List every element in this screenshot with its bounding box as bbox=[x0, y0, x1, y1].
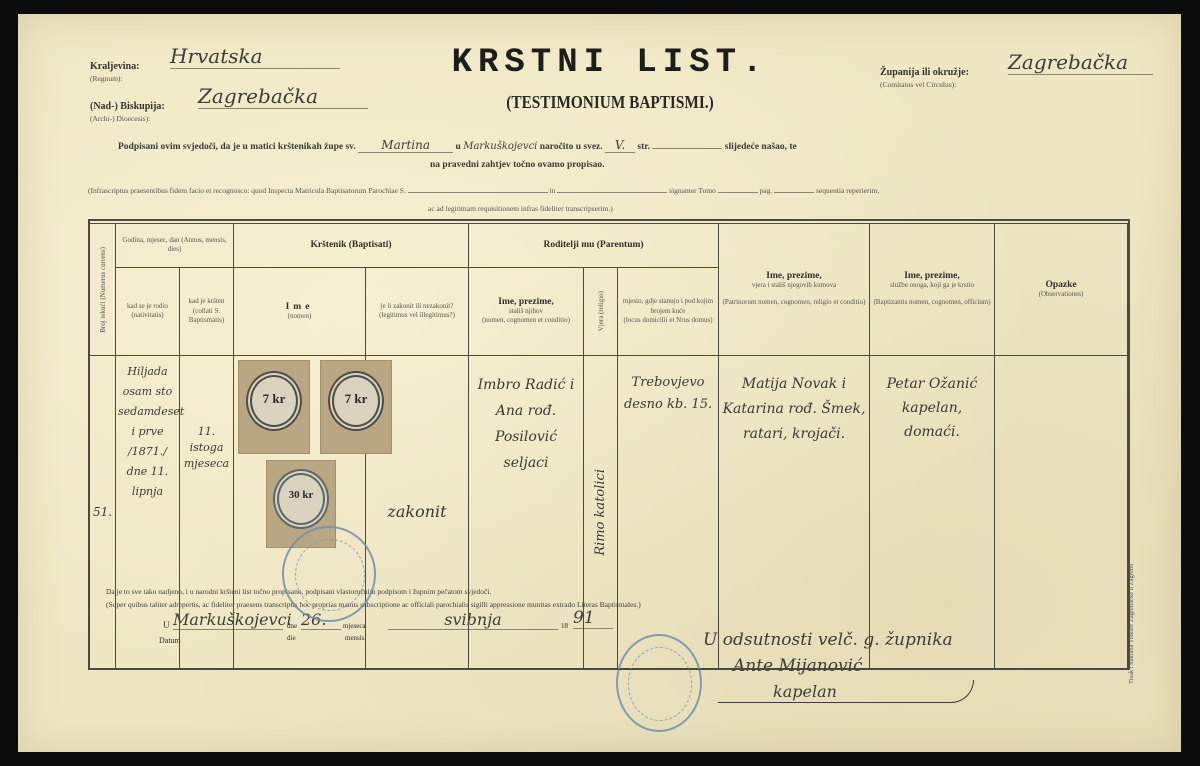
kingdom-value: Hrvatska bbox=[170, 44, 340, 69]
header-parents-group: Roditelji mu (Parentum) bbox=[469, 224, 719, 268]
page-blank bbox=[652, 148, 722, 149]
header-name: Ime (nomen) bbox=[234, 267, 366, 355]
cell-priest: Petar Ožanić kapelan, domaći. bbox=[870, 355, 995, 669]
header-name-sub: (nomen) bbox=[236, 312, 363, 321]
header-remarks-latin: (Observationes) bbox=[997, 290, 1125, 299]
cell-remarks bbox=[995, 355, 1128, 669]
revenue-stamp-7kr-1: 7 kr bbox=[238, 360, 310, 454]
document-subtitle: (TESTIMONIUM BAPTISMI.) bbox=[466, 92, 755, 113]
intro-text: u bbox=[456, 142, 461, 152]
header-legit-sub: (legitimus vel illegitimus?) bbox=[368, 311, 466, 320]
header-name-title: Ime bbox=[236, 302, 363, 312]
header-parents-latin: (nomen, cognomen et conditio) bbox=[471, 316, 581, 325]
signature-flourish bbox=[718, 680, 974, 703]
latin-text: in bbox=[550, 186, 556, 195]
header-godparents-latin: (Patrinorum nomen, cognomen, religio et … bbox=[721, 298, 867, 307]
diocese-label: (Nad-) Biskupija: bbox=[90, 101, 165, 112]
county-label: Županija ili okružje: bbox=[880, 67, 969, 78]
cell-godparents: Matija Novak i Katarina rođ. Šmek, ratar… bbox=[719, 355, 870, 669]
header-godparents-title: Ime, prezime, bbox=[721, 271, 867, 281]
latin-text: pag. bbox=[760, 186, 773, 195]
diocese-sublabel: (Archi-) Dioecesis): bbox=[90, 114, 390, 123]
blank bbox=[718, 192, 758, 193]
parish-value: Martina bbox=[358, 138, 453, 153]
header-religion-text: Vjera (religio) bbox=[597, 291, 605, 331]
header-priest-title: Ime, prezime, bbox=[872, 271, 992, 281]
cell-religion: Rimo katolici bbox=[584, 355, 618, 669]
revenue-stamp-7kr-2: 7 kr bbox=[320, 360, 392, 454]
cell-number: 51. bbox=[90, 355, 116, 669]
intro-text: naročito u svez. bbox=[540, 142, 603, 152]
header-godparents: Ime, prezime, vjera i stališ njegovih ku… bbox=[719, 224, 870, 356]
stamp-value: 7 kr bbox=[239, 391, 309, 407]
intro-line-2: na pravedni zahtjev točno ovamo propisao… bbox=[430, 160, 605, 170]
latin-line-2: ac ad legitimam requisitionem infras fid… bbox=[428, 204, 613, 213]
parish-seal-table bbox=[282, 526, 376, 622]
intro-text: str. bbox=[637, 142, 650, 152]
header-residence: mjesto, gdje stanuju i pod kojim brojem … bbox=[618, 267, 719, 355]
kingdom-sublabel: (Regnum): bbox=[90, 74, 360, 83]
header-number: Broj tekući (Numerus currens) bbox=[90, 224, 116, 356]
cell-baptised: 11. istoga mjeseca bbox=[180, 355, 234, 669]
cell-born: Hiljada osam sto sedamdeset i prve /1871… bbox=[116, 355, 180, 669]
volume-value: V. bbox=[605, 138, 635, 153]
county-value: Zagrebačka bbox=[1008, 50, 1153, 75]
header-born: kad se je rodio (nativitatis) bbox=[116, 267, 180, 355]
header-remarks-title: Opazke bbox=[997, 280, 1125, 290]
header-legitimacy: je li zakonit ili nezakonit? (legitimus … bbox=[366, 267, 469, 355]
signature-line-3: kapelan bbox=[773, 682, 837, 701]
header-parents-name: Ime, prezime, stališ njihov (nomen, cogn… bbox=[469, 267, 584, 355]
kingdom-field: Kraljevina: Hrvatska (Regnum): bbox=[90, 56, 360, 83]
latin-text: (Infrascriptus praesentibus fidem facio … bbox=[88, 186, 406, 195]
latin-line-1: (Infrascriptus praesentibus fidem facio … bbox=[88, 186, 1148, 195]
header-priest: Ime, prezime, službe onoga, koji ga je k… bbox=[870, 224, 995, 356]
stamp-value: 7 kr bbox=[321, 391, 391, 407]
header-priest-latin: (Baptizantis nomen, cognomen, officium) bbox=[872, 298, 992, 307]
header-date-group: Godina, mjesec, dan (Annus, mensis, dies… bbox=[116, 224, 234, 268]
diocese-value: Zagrebačka bbox=[198, 84, 368, 109]
header-religion: Vjera (religio) bbox=[584, 267, 618, 355]
table-row: 51. Hiljada osam sto sedamdeset i prve /… bbox=[90, 355, 1128, 669]
header-priest-sub: službe onoga, koji ga je krstio bbox=[872, 281, 992, 290]
county-field: Županija ili okružje: Zagrebačka (Comita… bbox=[880, 62, 1170, 89]
printer-imprint: Tisak i naklada Tiskare Zagrebačke u Zag… bbox=[1128, 484, 1135, 684]
county-sublabel: (Comitatus vel Circulus): bbox=[880, 80, 1170, 89]
header-child-group: Krštenik (Baptisati) bbox=[234, 224, 469, 268]
header-legit-title: je li zakonit ili nezakonit? bbox=[368, 302, 466, 311]
intro-text: slijedeće našao, te bbox=[725, 142, 797, 152]
cell-residence: Trebovjevo desno kb. 15. bbox=[618, 355, 719, 669]
kingdom-label: Kraljevina: bbox=[90, 61, 139, 72]
header-residence-title: mjesto, gdje stanuju i pod kojim brojem … bbox=[620, 297, 716, 316]
header-godparents-sub: vjera i stališ njegovih kumova bbox=[721, 281, 867, 290]
header-residence-latin: (locus domicilii et Nrus domus) bbox=[620, 316, 716, 325]
document-title: KRSTNI LIST. bbox=[440, 44, 780, 82]
cell-parents: Imbro Radić i Ana rođ. Posilović seljaci bbox=[469, 355, 584, 669]
intro-text: Podpisani ovim svjedoči, da je u matici … bbox=[118, 142, 356, 152]
cell-name: 7 kr 7 kr 30 kr bbox=[234, 355, 366, 669]
header-parents-sub: stališ njihov bbox=[471, 307, 581, 316]
diocese-field: (Nad-) Biskupija: Zagrebačka (Archi-) Di… bbox=[90, 96, 390, 123]
header-parents-title: Ime, prezime, bbox=[471, 297, 581, 307]
latin-text: sequentia reperierim, bbox=[816, 186, 879, 195]
baptism-register-table: Broj tekući (Numerus currens) Godina, mj… bbox=[89, 223, 1128, 670]
blank bbox=[774, 192, 814, 193]
cell-religion-text: Rimo katolici bbox=[591, 469, 611, 556]
stamp-value: 30 kr bbox=[267, 489, 335, 501]
intro-line-1: Podpisani ovim svjedoči, da je u matici … bbox=[118, 138, 1128, 153]
header-remarks: Opazke (Observationes) bbox=[995, 224, 1128, 356]
place-value: Markuškojevci bbox=[463, 141, 537, 152]
header-number-text: Broj tekući (Numerus currens) bbox=[99, 247, 107, 333]
header-baptised: kad je kršten (collati S. Baptismatis) bbox=[180, 267, 234, 355]
latin-text: signanter Tomo bbox=[669, 186, 716, 195]
blank bbox=[557, 192, 667, 193]
blank bbox=[408, 192, 548, 193]
